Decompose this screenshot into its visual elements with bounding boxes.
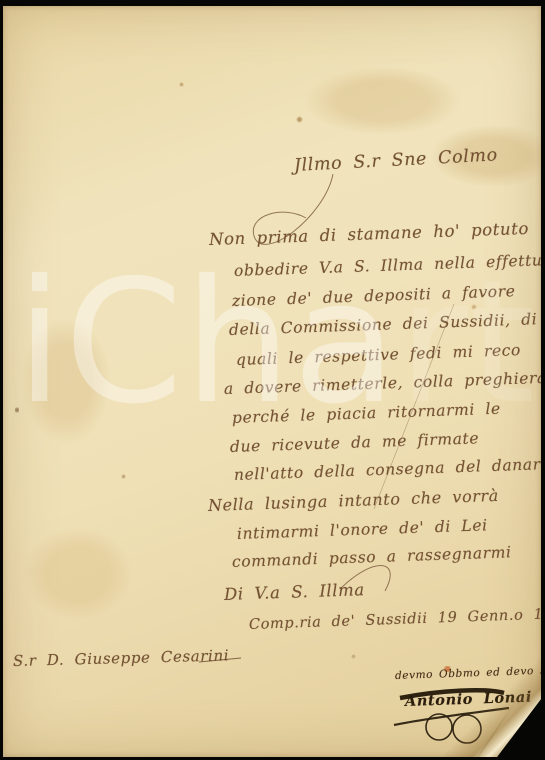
- closing-line: Di V.a S. Illma: [224, 580, 365, 604]
- dateline: Comp.ria de' Sussidii 19 Genn.o 1833: [249, 606, 545, 633]
- letter-paper: Jllmo S.r Sne Colmo Non prima di stamane…: [3, 6, 541, 757]
- letter-line-5: quali le respettive fedi mi reco: [236, 341, 522, 369]
- letter-line-1: Non prima di stamane ho' potuto: [209, 219, 530, 249]
- folded-corner-shadow: [426, 642, 541, 757]
- letter-line-3: zione de' due depositi a favore: [232, 282, 516, 310]
- letter-line-12: commandi passo a rassegnarmi: [232, 543, 512, 571]
- letter-line-7: perché le piacia ritornarmi le: [232, 400, 501, 427]
- addressee-name: S.r D. Giuseppe Cesarini: [13, 646, 230, 670]
- letter-line-4: della Commissione dei Sussidii, di: [229, 310, 538, 339]
- letter-line-11: intimarmi l'onore de' di Lei: [237, 516, 488, 543]
- letter-line-8: due ricevute da me firmate: [230, 429, 480, 456]
- letter-line-9: nell'atto della consegna del danaro.: [234, 455, 545, 484]
- letter-heading: Jllmo S.r Sne Colmo: [293, 145, 498, 176]
- letter-line-6: a dovere rimetterle, colla preghiera: [224, 369, 545, 398]
- letter-line-2: obbedire V.a S. Illma nella effettua: [234, 251, 545, 280]
- letter-line-10: Nella lusinga intanto che vorrà: [208, 486, 500, 515]
